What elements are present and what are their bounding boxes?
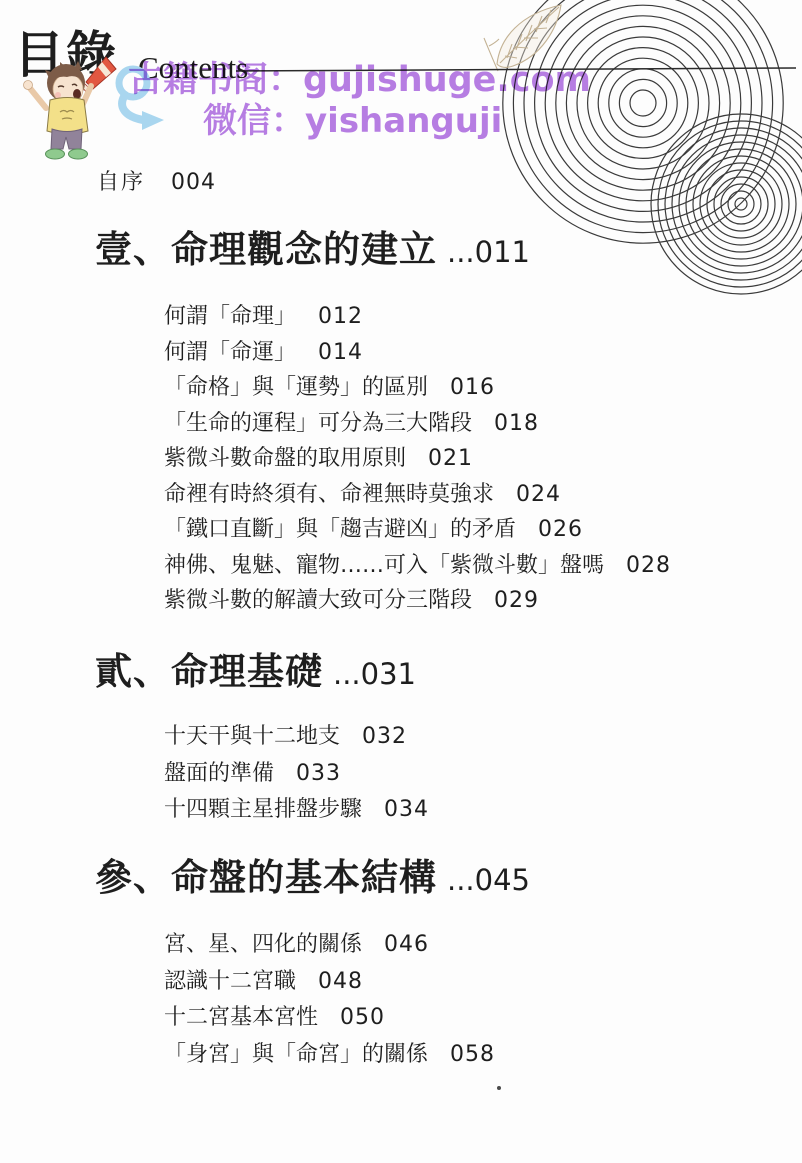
toc-item: 認識十二宮職048 <box>164 964 495 1001</box>
section-item-list: 何謂「命理」012 何謂「命運」014 「命格」與「運勢」的區別016 「生命的… <box>164 299 671 619</box>
toc-item-page-number: 016 <box>450 375 495 400</box>
toc-item-label: 「命格」與「運勢」的區別 <box>164 375 428 400</box>
section-page-number: ...045 <box>447 863 530 897</box>
toc-item-page-number: 034 <box>384 797 429 822</box>
toc-item-label: 「生命的運程」可分為三大階段 <box>164 411 472 436</box>
section-heading: 貳、命理基礎...031 <box>95 652 416 693</box>
mascot-illustration <box>16 56 120 164</box>
toc-item: 「生命的運程」可分為三大階段018 <box>164 406 671 442</box>
section-page-number: ...011 <box>447 235 530 269</box>
watermark-line-2: 微信：yishanguji <box>203 104 502 138</box>
preface-label: 自序 <box>97 170 145 195</box>
toc-item-page-number: 046 <box>384 932 429 957</box>
toc-item-page-number: 014 <box>318 340 363 365</box>
toc-item-page-number: 048 <box>318 969 363 994</box>
toc-item-label: 盤面的準備 <box>164 761 274 786</box>
section-item-list: 十天干與十二地支032 盤面的準備033 十四顆主星排盤步驟034 <box>164 719 429 829</box>
toc-item-page-number: 026 <box>538 517 583 542</box>
toc-page: 目錄 Contents 古籍书阁：guji <box>0 0 802 1163</box>
toc-item-label: 「身宮」與「命宮」的關係 <box>164 1042 428 1067</box>
toc-item: 十四顆主星排盤步驟034 <box>164 792 429 829</box>
toc-item: 紫微斗數命盤的取用原則021 <box>164 441 671 477</box>
toc-item: 何謂「命運」014 <box>164 335 671 371</box>
section-item-list: 宮、星、四化的關係046 認識十二宮職048 十二宮基本宮性050 「身宮」與「… <box>164 927 495 1073</box>
toc-entry-preface: 自序004 <box>97 165 216 196</box>
toc-item-page-number: 028 <box>626 553 671 578</box>
toc-item: 十二宮基本宮性050 <box>164 1000 495 1037</box>
toc-item-label: 何謂「命運」 <box>164 340 296 365</box>
section-title: 貳、命理基礎 <box>95 650 323 693</box>
toc-item-label: 命裡有時終須有、命裡無時莫強求 <box>164 482 494 507</box>
toc-item-label: 宮、星、四化的關係 <box>164 932 362 957</box>
preface-page-number: 004 <box>171 170 216 195</box>
watermark-line-1: 古籍书阁：gujishuge.com <box>128 63 591 98</box>
toc-item-page-number: 032 <box>362 724 407 749</box>
toc-item: 「鐵口直斷」與「趨吉避凶」的矛盾026 <box>164 512 671 548</box>
toc-item: 盤面的準備033 <box>164 756 429 793</box>
scan-speck <box>497 1086 501 1090</box>
toc-item-page-number: 012 <box>318 304 363 329</box>
toc-item-page-number: 050 <box>340 1005 385 1030</box>
toc-item-label: 十天干與十二地支 <box>164 724 340 749</box>
toc-item-page-number: 029 <box>494 588 539 613</box>
toc-item-label: 十四顆主星排盤步驟 <box>164 797 362 822</box>
toc-item-page-number: 058 <box>450 1042 495 1067</box>
toc-item: 命裡有時終須有、命裡無時莫強求024 <box>164 477 671 513</box>
toc-item: 「身宮」與「命宮」的關係058 <box>164 1037 495 1074</box>
toc-item-page-number: 024 <box>516 482 561 507</box>
toc-item: 紫微斗數的解讀大致可分三階段029 <box>164 583 671 619</box>
section-page-number: ...031 <box>333 657 416 691</box>
toc-item: 宮、星、四化的關係046 <box>164 927 495 964</box>
toc-item-page-number: 018 <box>494 411 539 436</box>
toc-item-label: 紫微斗數命盤的取用原則 <box>164 446 406 471</box>
toc-item-label: 「鐵口直斷」與「趨吉避凶」的矛盾 <box>164 517 516 542</box>
toc-item-label: 紫微斗數的解讀大致可分三階段 <box>164 588 472 613</box>
toc-item-label: 十二宮基本宮性 <box>164 1005 318 1030</box>
section-heading: 壹、命理觀念的建立...011 <box>95 230 530 271</box>
toc-item: 十天干與十二地支032 <box>164 719 429 756</box>
toc-item: 「命格」與「運勢」的區別016 <box>164 370 671 406</box>
toc-item-label: 認識十二宮職 <box>164 969 296 994</box>
toc-item: 何謂「命理」012 <box>164 299 671 335</box>
toc-item-label: 神佛、鬼魅、寵物……可入「紫微斗數」盤嗎 <box>164 553 604 578</box>
section-title: 壹、命理觀念的建立 <box>95 228 437 271</box>
toc-item: 神佛、鬼魅、寵物……可入「紫微斗數」盤嗎028 <box>164 548 671 584</box>
arrow-head-icon <box>142 111 164 130</box>
toc-item-page-number: 033 <box>296 761 341 786</box>
toc-item-page-number: 021 <box>428 446 473 471</box>
section-title: 參、命盤的基本結構 <box>95 856 437 899</box>
toc-item-label: 何謂「命理」 <box>164 304 296 329</box>
section-heading: 參、命盤的基本結構...045 <box>95 858 530 899</box>
